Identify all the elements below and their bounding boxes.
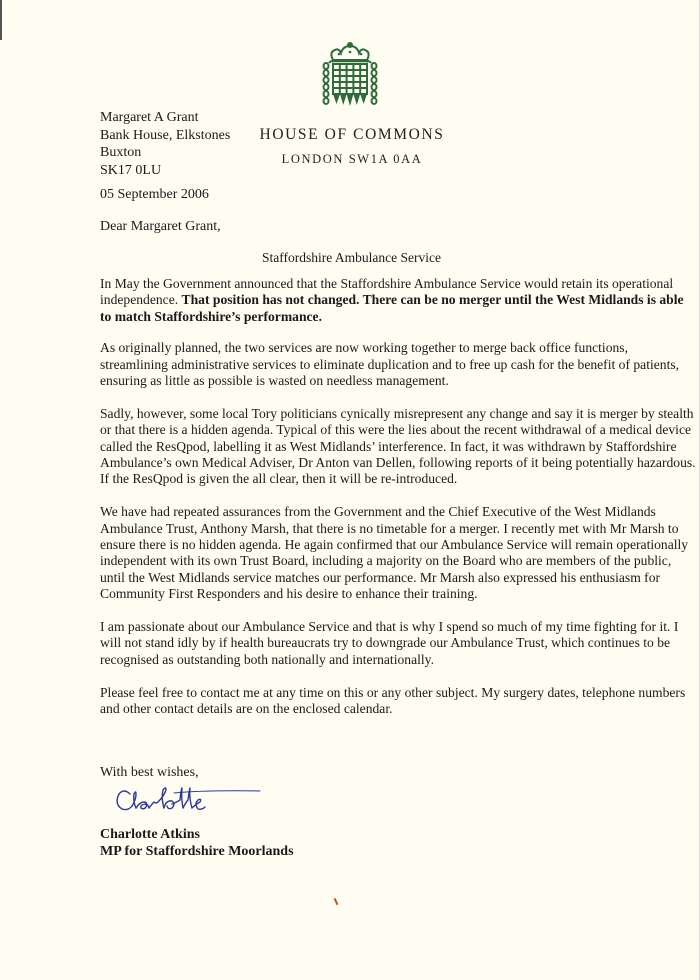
signer-block: Charlotte Atkins MP for Staffordshire Mo… — [100, 826, 294, 860]
paragraph-4: We have had repeated assurances from the… — [100, 504, 696, 602]
letter-date: 05 September 2006 — [100, 187, 209, 203]
signer-name: Charlotte Atkins — [100, 826, 294, 843]
subject-line: Staffordshire Ambulance Service — [262, 250, 441, 266]
paragraph-1: In May the Government announced that the… — [100, 276, 696, 325]
letterhead-address: LONDON SW1A 0AA — [252, 151, 452, 167]
paragraph-5: I am passionate about our Ambulance Serv… — [100, 619, 696, 668]
salutation: Dear Margaret Grant, — [100, 219, 221, 235]
paragraph-6: Please feel free to contact me at any ti… — [100, 685, 696, 718]
paragraph-2: As originally planned, the two services … — [100, 340, 696, 389]
letterhead-title: HOUSE OF COMMONS — [252, 125, 452, 145]
letterhead: HOUSE OF COMMONS LONDON SW1A 0AA — [252, 125, 452, 167]
scan-edge-shadow — [0, 0, 2, 40]
recipient-address-line-1: Bank House, Elkstones — [100, 127, 230, 145]
paragraph-3: Sadly, however, some local Tory politici… — [100, 406, 696, 488]
signer-title: MP for Staffordshire Moorlands — [100, 843, 294, 860]
portcullis-crest-icon — [321, 42, 379, 108]
handwritten-signature — [114, 780, 264, 818]
recipient-address: Margaret A Grant Bank House, Elkstones B… — [100, 109, 230, 179]
closing: With best wishes, — [100, 765, 199, 781]
recipient-postcode: SK17 0LU — [100, 162, 230, 180]
recipient-address-line-2: Buxton — [100, 144, 230, 162]
letter-body: In May the Government announced that the… — [100, 276, 696, 734]
stray-ink-mark — [334, 898, 339, 905]
recipient-name: Margaret A Grant — [100, 109, 230, 127]
paragraph-1-bold-text: That position has not changed. There can… — [100, 292, 684, 323]
